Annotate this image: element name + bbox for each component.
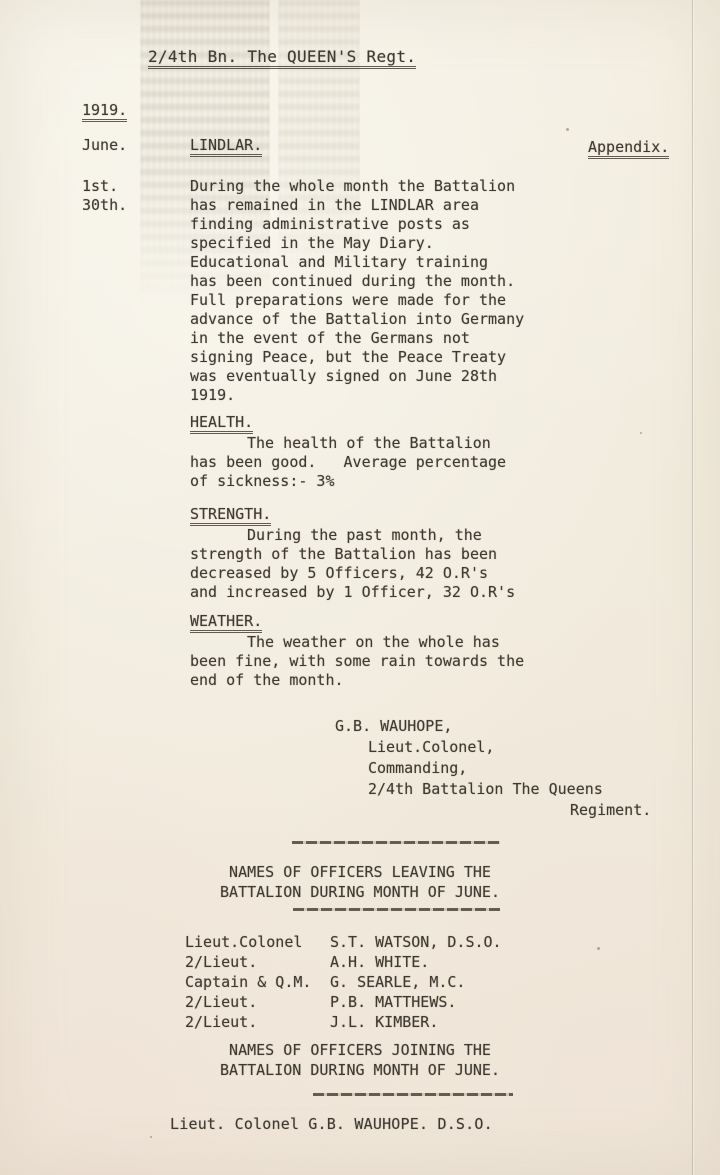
entry-line: was eventually signed on June 28th (190, 367, 524, 386)
strength-heading: STRENGTH. (190, 505, 271, 524)
officer-rank: Lieut. Colonel (170, 1115, 299, 1133)
paper-edge-crease (692, 0, 693, 1175)
diary-entry: During the whole month the Battalion has… (190, 177, 524, 405)
officer-name: A.H. WHITE. (330, 953, 429, 971)
entry-line: has remained in the LINDLAR area (190, 196, 524, 215)
typed-divider-line (292, 841, 500, 844)
officer-row: Captain & Q.M.G. SEARLE, M.C. (185, 972, 502, 992)
paper-speck (640, 432, 642, 434)
typed-divider-line (313, 1093, 513, 1096)
officer-rank: Captain & Q.M. (185, 972, 330, 992)
officers-joining-heading: NAMES OF OFFICERS JOINING THE BATTALION … (150, 1040, 570, 1080)
signature-role: Commanding, (335, 758, 651, 779)
signature-block: G.B. WAUHOPE, Lieut.Colonel, Commanding,… (335, 716, 651, 821)
year-heading: 1919. (82, 101, 127, 120)
entry-line: has been continued during the month. (190, 272, 524, 291)
officer-rank: Lieut.Colonel (185, 932, 330, 952)
strength-line: strength of the Battalion has been (190, 545, 515, 564)
officer-rank: 2/Lieut. (185, 1012, 330, 1032)
paper-speck (566, 128, 569, 131)
day-to: 30th. (82, 196, 127, 215)
entry-line: Educational and Military training (190, 253, 524, 272)
strength-line: and increased by 1 Officer, 32 O.R's (190, 583, 515, 602)
weather-body: The weather on the whole has been fine, … (190, 633, 524, 690)
entry-line: During the whole month the Battalion (190, 177, 524, 196)
signature-name: G.B. WAUHOPE, (335, 716, 651, 737)
officer-name: J.L. KIMBER. (330, 1013, 438, 1031)
health-line: has been good. Average percentage (190, 453, 506, 472)
health-body: The health of the Battalion has been goo… (190, 434, 506, 491)
entry-line: finding administrative posts as (190, 215, 524, 234)
officer-rank: 2/Lieut. (185, 952, 330, 972)
paper-speck (150, 1136, 152, 1138)
officer-name: P.B. MATTHEWS. (330, 993, 456, 1011)
weather-heading: WEATHER. (190, 612, 262, 631)
entry-line: advance of the Battalion into Germany (190, 310, 524, 329)
entry-line: Full preparations were made for the (190, 291, 524, 310)
officer-name: S.T. WATSON, D.S.O. (330, 933, 502, 951)
officers-leaving-heading: NAMES OF OFFICERS LEAVING THE BATTALION … (150, 862, 570, 902)
health-heading: HEALTH. (190, 413, 253, 432)
typed-divider-line (293, 908, 500, 911)
officer-name: G.B. WAUHOPE. D.S.O. (308, 1115, 493, 1133)
document-title-text: 2/4th Bn. The QUEEN'S Regt. (148, 47, 416, 69)
weather-line: The weather on the whole has (190, 633, 524, 652)
officer-row: Lieut.ColonelS.T. WATSON, D.S.O. (185, 932, 502, 952)
strength-line: During the past month, the (190, 526, 515, 545)
strength-line: decreased by 5 Officers, 42 O.R's (190, 564, 515, 583)
weather-line: end of the month. (190, 671, 524, 690)
officers-leaving-list: Lieut.ColonelS.T. WATSON, D.S.O. 2/Lieut… (185, 932, 502, 1032)
entry-line: specified in the May Diary. (190, 234, 524, 253)
war-diary-page: 2/4th Bn. The QUEEN'S Regt. 1919. June. … (0, 0, 720, 1175)
strength-body: During the past month, the strength of t… (190, 526, 515, 602)
officer-row: 2/Lieut.P.B. MATTHEWS. (185, 992, 502, 1012)
month-label: June. (82, 136, 127, 155)
entry-line: 1919. (190, 386, 524, 405)
officer-row: 2/Lieut.J.L. KIMBER. (185, 1012, 502, 1032)
officer-row: 2/Lieut.A.H. WHITE. (185, 952, 502, 972)
weather-line: been fine, with some rain towards the (190, 652, 524, 671)
appendix-heading: Appendix. (588, 138, 669, 157)
officer-row: Lieut. ColonelG.B. WAUHOPE. D.S.O. (170, 1115, 493, 1134)
day-from: 1st. (82, 177, 127, 196)
officers-joining-list: Lieut. ColonelG.B. WAUHOPE. D.S.O. (170, 1115, 493, 1134)
entry-line: signing Peace, but the Peace Treaty (190, 348, 524, 367)
signature-rank: Lieut.Colonel, (335, 737, 651, 758)
officer-name: G. SEARLE, M.C. (330, 973, 465, 991)
paper-speck (597, 947, 600, 950)
entry-line: in the event of the Germans not (190, 329, 524, 348)
health-line: of sickness:- 3% (190, 472, 506, 491)
day-range: 1st. 30th. (82, 177, 127, 215)
location-heading: LINDLAR. (190, 136, 262, 155)
health-line: The health of the Battalion (190, 434, 506, 453)
officer-rank: 2/Lieut. (185, 992, 330, 1012)
signature-unit: 2/4th Battalion The Queens (335, 779, 651, 800)
signature-unit-cont: Regiment. (335, 800, 651, 821)
document-title: 2/4th Bn. The QUEEN'S Regt. (148, 47, 416, 66)
